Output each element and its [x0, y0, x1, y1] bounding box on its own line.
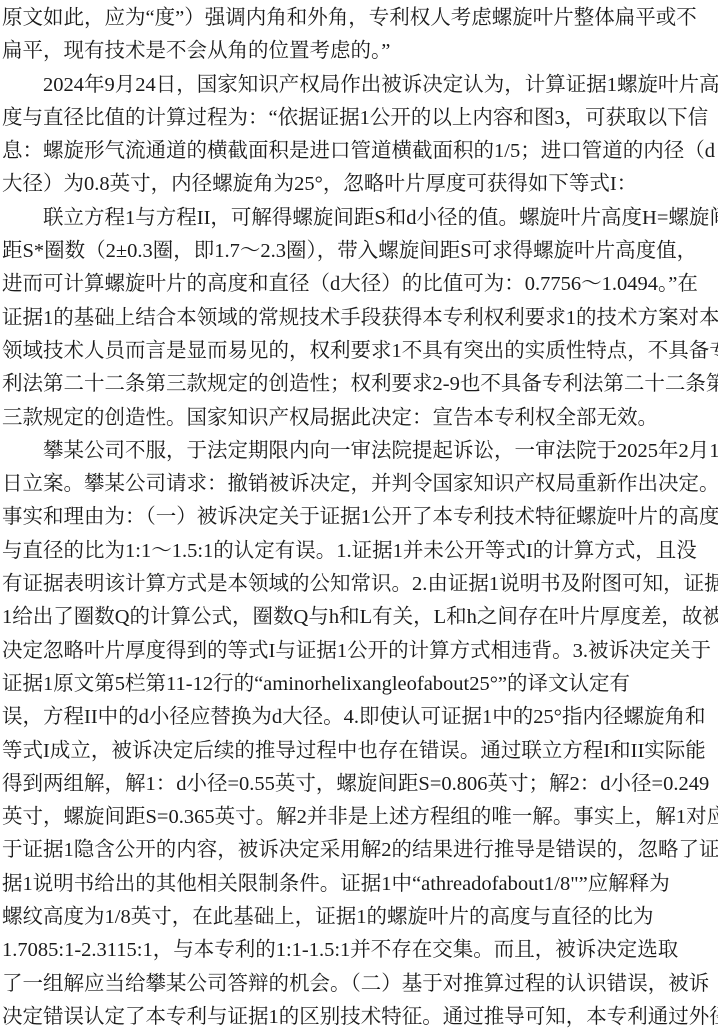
text-line: 进而可计算螺旋叶片的高度和直径（d大径）的比值可为：0.7756～1.0494。…	[2, 268, 718, 301]
text-line: 利法第二十二条第三款规定的创造性；权利要求2-9也不具备专利法第二十二条第	[2, 368, 718, 401]
text-line: 误，方程II中的d小径应替换为d大径。4.即使认可证据1中的25°指内径螺旋角和	[2, 701, 718, 734]
text-line: 三款规定的创造性。国家知识产权局据此决定：宣告本专利权全部无效。	[2, 402, 718, 435]
text-line: 有证据表明该计算方式是本领域的公知常识。2.由证据1说明书及附图可知，证据	[2, 568, 718, 601]
text-line: 原文如此，应为“度”）强调内角和外角，专利权人考虑螺旋叶片整体扁平或不	[2, 2, 718, 35]
text-line: 2024年9月24日，国家知识产权局作出被诉决定认为，计算证据1螺旋叶片高	[2, 69, 718, 102]
document-page: 原文如此，应为“度”）强调内角和外角，专利权人考虑螺旋叶片整体扁平或不 扁平，现…	[0, 0, 718, 1030]
text-line: 等式I成立，被诉决定后续的推导过程中也存在错误。通过联立方程I和II实际能	[2, 735, 718, 768]
text-line: 英寸，螺旋间距S=0.365英寸。解2并非是上述方程组的唯一解。事实上，解1对应	[2, 801, 718, 834]
text-line: 证据1原文第5栏第11-12行的“aminorhelixangleofabout…	[2, 668, 718, 701]
text-line: 1.7085:1-2.3115:1，与本专利的1:1-1.5:1并不存在交集。而…	[2, 934, 718, 967]
text-line: 距S*圈数（2±0.3圈，即1.7～2.3圈），带入螺旋间距S可求得螺旋叶片高度…	[2, 235, 718, 268]
text-line: 证据1的基础上结合本领域的常规技术手段获得本专利权利要求1的技术方案对本	[2, 302, 718, 335]
text-line: 联立方程1与方程II，可解得螺旋间距S和d小径的值。螺旋叶片高度H=螺旋间	[2, 202, 718, 235]
text-line: 日立案。攀某公司请求：撤销被诉决定，并判令国家知识产权局重新作出决定。	[2, 468, 718, 501]
text-line: 螺纹高度为1/8英寸，在此基础上，证据1的螺旋叶片的高度与直径的比为	[2, 901, 718, 934]
text-line: 决定忽略叶片厚度得到的等式I与证据1公开的计算方式相违背。3.被诉决定关于	[2, 635, 718, 668]
text-line: 事实和理由为：（一）被诉决定关于证据1公开了本专利技术特征螺旋叶片的高度	[2, 501, 718, 534]
text-line: 领域技术人员而言是显而易见的，权利要求1不具有突出的实质性特点，不具备专	[2, 335, 718, 368]
text-line: 与直径的比为1:1～1.5:1的认定有误。1.证据1并未公开等式I的计算方式，且…	[2, 535, 718, 568]
text-line: 据1说明书给出的其他相关限制条件。证据1中“athreadofabout1/8"…	[2, 868, 718, 901]
text-line: 扁平，现有技术是不会从角的位置考虑的。”	[2, 35, 718, 68]
text-line: 1给出了圈数Q的计算公式，圈数Q与h和L有关，L和h之间存在叶片厚度差，故被诉	[2, 601, 718, 634]
text-line: 得到两组解，解1：d小径=0.55英寸，螺旋间距S=0.806英寸；解2：d小径…	[2, 768, 718, 801]
text-line: 攀某公司不服，于法定期限内向一审法院提起诉讼，一审法院于2025年2月11	[2, 435, 718, 468]
text-line: 决定错误认定了本专利与证据1的区别技术特征。通过推导可知，本专利通过外径	[2, 1001, 718, 1030]
text-line: 了一组解应当给攀某公司答辩的机会。（二）基于对推算过程的认识错误，被诉	[2, 968, 718, 1001]
text-line: 度与直径比值的计算过程为：“依据证据1公开的以上内容和图3，可获取以下信	[2, 102, 718, 135]
text-line: 息：螺旋形气流通道的横截面积是进口管道横截面积的1/5；进口管道的内径（d	[2, 135, 718, 168]
text-line: 大径）为0.8英寸，内径螺旋角为25°，忽略叶片厚度可获得如下等式I：	[2, 168, 718, 201]
text-line: 于证据1隐含公开的内容，被诉决定采用解2的结果进行推导是错误的，忽略了证	[2, 834, 718, 867]
